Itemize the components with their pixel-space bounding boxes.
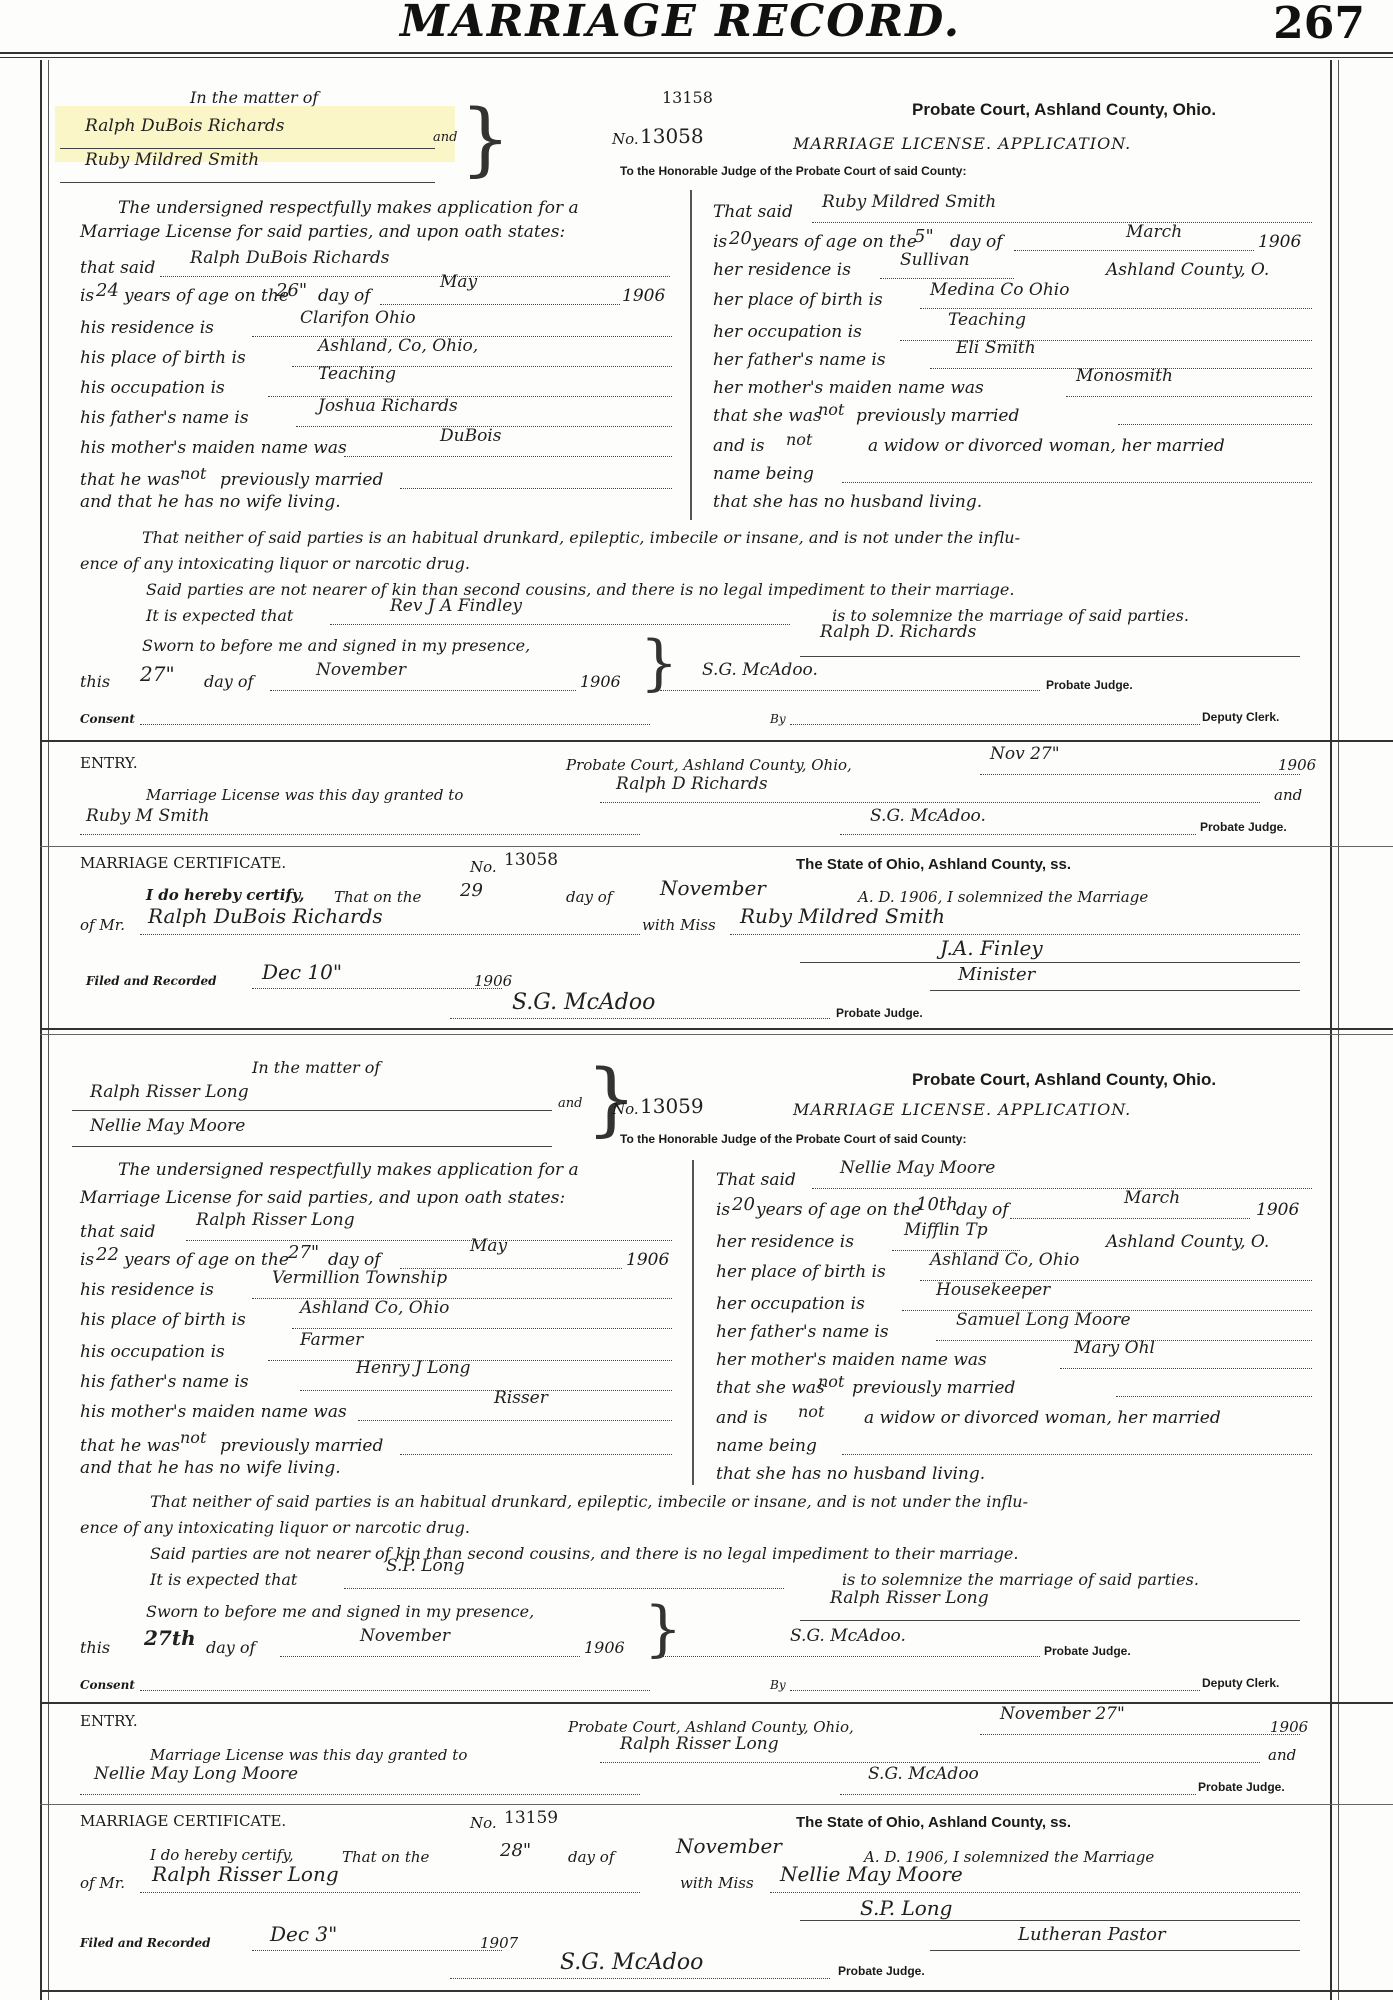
field-label: is	[716, 1200, 730, 1220]
certificate-groom: Ralph DuBois Richards	[148, 904, 383, 928]
field-label: of Mr.	[80, 916, 125, 934]
filed-date: Dec 3"	[270, 1922, 337, 1946]
filed-date: Dec 10"	[262, 960, 342, 984]
frame-border-right	[1330, 60, 1332, 2000]
field-label: with Miss	[680, 1874, 754, 1892]
field-label: that she was	[713, 406, 822, 426]
sworn-year: 1906	[580, 672, 621, 691]
state-heading: The State of Ohio, Ashland County, ss.	[796, 856, 1071, 873]
bride-prev-married: not	[818, 400, 844, 419]
bride-name-field: Nellie May Moore	[840, 1158, 995, 1178]
groom-prev-married: not	[180, 464, 206, 483]
field-label: that he was	[80, 470, 180, 490]
to-judge-text: To the Honorable Judge of the Probate Co…	[620, 164, 966, 178]
field-label: that he was	[80, 1436, 180, 1456]
sworn-month: November	[316, 660, 406, 680]
field-label: his occupation is	[80, 378, 225, 398]
field-line	[330, 624, 790, 625]
field-label: and that he has no wife living.	[80, 492, 341, 512]
field-label: name being	[716, 1436, 817, 1456]
field-label: and is	[716, 1408, 768, 1428]
groom-mother: Risser	[494, 1388, 548, 1408]
certificate-judge-signature: S.G. McAdoo	[512, 990, 655, 1015]
record-divider	[40, 1990, 1393, 1992]
field-label: day of	[206, 1638, 255, 1657]
bride-mother: Mary Ohl	[1074, 1338, 1155, 1358]
field-label: her place of birth is	[713, 290, 883, 310]
certificate-bride: Ruby Mildred Smith	[740, 904, 945, 928]
groom-occupation: Farmer	[300, 1330, 363, 1350]
section-divider	[40, 846, 1393, 847]
field-label: day of	[568, 1848, 614, 1866]
bride-name: Nellie May Moore	[90, 1116, 245, 1136]
field-label: and that he has no wife living.	[80, 1458, 341, 1478]
field-label: previously married	[220, 470, 383, 490]
bride-occupation: Teaching	[948, 310, 1026, 330]
field-line	[344, 1588, 784, 1589]
sworn-day: 27th	[144, 1626, 196, 1650]
field-label: That said	[716, 1170, 796, 1190]
record-divider	[40, 1028, 1393, 1030]
no-label: No.	[612, 130, 639, 148]
entry-bride: Ruby M Smith	[86, 806, 209, 826]
field-label: Consent	[80, 712, 135, 726]
officiant-title: Lutheran Pastor	[1018, 1924, 1166, 1945]
field-label: that said	[80, 1222, 155, 1242]
groom-birthplace: Ashland, Co, Ohio,	[318, 336, 478, 356]
intro-text: Marriage License for said parties, and u…	[80, 222, 565, 242]
column-divider	[692, 1160, 694, 1485]
field-label: that she has no husband living.	[716, 1464, 985, 1484]
field-label: his place of birth is	[80, 348, 246, 368]
groom-mother: DuBois	[440, 426, 501, 446]
field-line	[450, 1978, 830, 1979]
field-label: and	[1268, 1746, 1296, 1764]
certificate-number: 13159	[504, 1808, 558, 1828]
declaration-text: Said parties are not nearer of kin than …	[146, 580, 1014, 599]
field-label: his residence is	[80, 318, 214, 338]
groom-birth-month: May	[470, 1236, 507, 1256]
field-line	[660, 690, 1040, 691]
field-label: her residence is	[716, 1232, 854, 1252]
field-label: his mother's maiden name was	[80, 1402, 347, 1422]
groom-residence: Vermillion Township	[272, 1268, 447, 1288]
field-label: Probate Judge.	[1198, 1780, 1285, 1794]
state-heading: The State of Ohio, Ashland County, ss.	[796, 1814, 1071, 1831]
matter-label: In the matter of	[190, 88, 318, 107]
groom-birth-year: 1906	[626, 1250, 669, 1270]
underline	[60, 182, 435, 183]
sworn-year: 1906	[584, 1638, 625, 1657]
bride-mother: Monosmith	[1076, 366, 1173, 386]
field-label: By	[770, 1678, 786, 1692]
field-label: Deputy Clerk.	[1202, 710, 1279, 724]
field-label: his place of birth is	[80, 1310, 246, 1330]
frame-border-left	[40, 60, 42, 2000]
signature-line	[800, 962, 1300, 963]
bride-birth-month: March	[1124, 1188, 1180, 1208]
signature-line	[800, 656, 1300, 657]
court-heading: Probate Court, Ashland County, Ohio.	[912, 100, 1216, 120]
entry-date: Nov 27"	[990, 744, 1060, 764]
field-label: of Mr.	[80, 1874, 125, 1892]
field-label: Probate Judge.	[838, 1964, 925, 1978]
signature-line	[800, 1620, 1300, 1621]
field-label: Filed and Recorded	[80, 1936, 211, 1950]
header-rule	[0, 52, 1393, 54]
field-label: day of	[566, 888, 612, 906]
record-number: 13058	[640, 124, 704, 148]
field-label: Probate Judge.	[836, 1006, 923, 1020]
section-divider	[40, 740, 1393, 742]
field-label: Deputy Clerk.	[1202, 1676, 1279, 1690]
field-label: years of age on the	[124, 286, 289, 306]
groom-birthplace: Ashland Co, Ohio	[300, 1298, 449, 1318]
field-line	[1014, 250, 1254, 251]
field-label: and is	[713, 436, 765, 456]
entry-judge-signature: S.G. McAdoo.	[870, 806, 986, 826]
record-divider	[40, 1034, 1393, 1035]
field-line	[400, 1454, 672, 1455]
field-label: No.	[470, 1814, 497, 1832]
frame-border-left-inner	[48, 60, 49, 2000]
field-label: previously married	[852, 1378, 1015, 1398]
bride-birthplace: Ashland Co, Ohio	[930, 1250, 1079, 1270]
field-label: his residence is	[80, 1280, 214, 1300]
bride-age: 20	[729, 228, 752, 249]
certificate-day: 29	[460, 880, 483, 901]
field-label: a widow or divorced woman, her married	[864, 1408, 1221, 1428]
field-label: Probate Court, Ashland County, Ohio,	[566, 756, 852, 774]
application-heading: MARRIAGE LICENSE. APPLICATION.	[793, 134, 1131, 153]
field-label: Marriage License was this day granted to	[146, 786, 463, 804]
matter-label: In the matter of	[252, 1058, 380, 1077]
field-line	[812, 222, 1312, 223]
field-line	[790, 724, 1200, 725]
intro-text: Marriage License for said parties, and u…	[80, 1188, 565, 1208]
entry-judge-signature: S.G. McAdoo	[868, 1764, 979, 1784]
officiant-name: Rev J A Findley	[390, 596, 522, 616]
marriage-record-page: MARRIAGE RECORD. 267 In the matter of Ra…	[0, 0, 1393, 2000]
field-label: day of	[956, 1200, 1009, 1220]
field-label: her residence is	[713, 260, 851, 280]
declaration-text: ence of any intoxicating liquor or narco…	[80, 1518, 470, 1537]
certificate-label: MARRIAGE CERTIFICATE.	[80, 1812, 286, 1830]
groom-birth-month: May	[440, 272, 477, 292]
field-label: is	[80, 1250, 94, 1270]
officiant-signature: J.A. Finley	[940, 936, 1043, 960]
groom-prev-married: not	[180, 1428, 206, 1447]
field-label: Consent	[80, 1678, 135, 1692]
groom-birth-day: 26"	[276, 280, 307, 301]
signature-line	[930, 990, 1300, 991]
field-label: her occupation is	[716, 1294, 865, 1314]
field-line	[842, 1454, 1312, 1455]
bride-name: Ruby Mildred Smith	[85, 150, 259, 170]
groom-age: 24	[96, 280, 119, 301]
field-label: No.	[470, 858, 497, 876]
field-line	[600, 802, 1260, 803]
field-line	[1118, 424, 1312, 425]
brace: }	[640, 628, 678, 698]
entry-date: November 27"	[1000, 1704, 1125, 1724]
filed-year: 1906	[474, 972, 512, 990]
field-line	[790, 1690, 1200, 1691]
applicant-signature: Ralph D. Richards	[820, 622, 976, 642]
groom-father: Henry J Long	[356, 1358, 471, 1378]
section-divider	[40, 1804, 1393, 1805]
field-label: her mother's maiden name was	[716, 1350, 987, 1370]
field-line	[140, 1892, 640, 1893]
field-label: Probate Judge.	[1046, 678, 1133, 692]
field-line	[270, 690, 576, 691]
entry-label: ENTRY.	[80, 1712, 138, 1730]
field-label: Sworn to before me and signed in my pres…	[146, 1602, 534, 1621]
field-line	[450, 1018, 830, 1019]
field-label: that said	[80, 258, 155, 278]
declaration-text: That neither of said parties is an habit…	[142, 528, 1020, 547]
field-line	[980, 1734, 1300, 1735]
groom-birth-year: 1906	[622, 286, 665, 306]
bride-widow: not	[786, 430, 812, 449]
bride-prev-married: not	[818, 1372, 844, 1391]
field-line	[344, 456, 672, 457]
and-label: and	[433, 130, 457, 145]
underline	[72, 1146, 552, 1147]
underline	[60, 148, 435, 149]
certificate-judge-signature: S.G. McAdoo	[560, 1950, 703, 1975]
field-label: this	[80, 672, 110, 691]
bride-birth-day: 10th	[916, 1194, 958, 1215]
field-line	[252, 1950, 502, 1951]
field-line	[1060, 1368, 1312, 1369]
field-line	[1066, 396, 1312, 397]
signature-line	[930, 1950, 1300, 1951]
field-label: Marriage License was this day granted to	[150, 1746, 467, 1764]
groom-name: Ralph DuBois Richards	[85, 116, 284, 136]
entry-groom: Ralph Risser Long	[620, 1734, 779, 1754]
field-line	[140, 724, 650, 725]
field-label: By	[770, 712, 786, 726]
field-label: previously married	[220, 1436, 383, 1456]
judge-signature: S.G. McAdoo.	[790, 1626, 906, 1646]
underline	[72, 1110, 552, 1111]
bride-father: Eli Smith	[956, 338, 1036, 358]
field-label: years of age on the	[756, 1200, 921, 1220]
certificate-day: 28"	[500, 1840, 531, 1861]
field-line	[160, 276, 670, 277]
certificate-month: November	[660, 876, 766, 900]
groom-residence: Clarifon Ohio	[300, 308, 416, 328]
field-line	[252, 988, 502, 989]
field-line	[840, 1794, 1196, 1795]
sworn-month: November	[360, 1626, 450, 1646]
field-label: is	[713, 232, 727, 252]
field-line	[400, 488, 672, 489]
column-divider	[690, 190, 692, 520]
groom-name-field: Ralph Risser Long	[196, 1210, 355, 1230]
field-line	[1116, 1396, 1312, 1397]
field-label: It is expected that	[146, 606, 293, 625]
field-label: her occupation is	[713, 322, 862, 342]
record-number-alt: 13158	[662, 88, 713, 107]
field-line	[186, 1240, 672, 1241]
field-line	[380, 304, 620, 305]
field-line	[880, 278, 1014, 279]
and-label: and	[558, 1096, 582, 1111]
entry-bride: Nellie May Long Moore	[94, 1764, 298, 1784]
field-label: years of age on the	[124, 1250, 289, 1270]
record-number: 13059	[640, 1094, 704, 1118]
no-label: No.	[612, 1100, 639, 1118]
field-line	[812, 1188, 1312, 1189]
entry-year: 1906	[1270, 1718, 1308, 1736]
field-label: That on the	[342, 1848, 429, 1866]
field-label: Sworn to before me and signed in my pres…	[142, 636, 530, 655]
groom-age: 22	[96, 1244, 119, 1265]
field-label: day of	[950, 232, 1003, 252]
field-label: his mother's maiden name was	[80, 438, 347, 458]
groom-name: Ralph Risser Long	[90, 1082, 249, 1102]
field-label: her father's name is	[713, 350, 886, 370]
bride-birth-year: 1906	[1256, 1200, 1299, 1220]
field-label: her father's name is	[716, 1322, 889, 1342]
field-line	[280, 1656, 580, 1657]
field-line	[660, 1656, 1040, 1657]
field-line	[140, 934, 640, 935]
field-label: this	[80, 1638, 110, 1657]
field-label: with Miss	[642, 916, 716, 934]
field-label: and	[1274, 786, 1302, 804]
field-line	[840, 834, 1196, 835]
field-label: is to solemnize the marriage of said par…	[842, 1570, 1199, 1589]
brace: }	[644, 1594, 682, 1664]
declaration-text: Said parties are not nearer of kin than …	[150, 1544, 1018, 1563]
field-line	[292, 1328, 672, 1329]
officiant-title: Minister	[958, 964, 1035, 985]
field-label: his father's name is	[80, 408, 249, 428]
field-label: day of	[328, 1250, 381, 1270]
to-judge-text: To the Honorable Judge of the Probate Co…	[620, 1132, 966, 1146]
declaration-text: That neither of said parties is an habit…	[150, 1492, 1028, 1511]
field-line	[80, 834, 640, 835]
bride-father: Samuel Long Moore	[956, 1310, 1131, 1330]
page-number: 267	[1273, 0, 1365, 49]
groom-birth-day: 27"	[288, 1242, 319, 1263]
field-label: Probate Judge.	[1200, 820, 1287, 834]
bride-age: 20	[732, 1194, 755, 1215]
frame-border-right-inner	[1338, 60, 1339, 2000]
field-label: day of	[204, 672, 253, 691]
field-label: day of	[318, 286, 371, 306]
field-label: Probate Judge.	[1044, 1644, 1131, 1658]
bride-birth-month: March	[1126, 222, 1182, 242]
field-line	[980, 774, 1300, 775]
page-title: MARRIAGE RECORD.	[400, 0, 961, 47]
sworn-day: 27"	[140, 662, 175, 686]
section-divider	[40, 1702, 1393, 1704]
certificate-month: November	[676, 1834, 782, 1858]
field-line	[1010, 1218, 1250, 1219]
field-line	[600, 1762, 1260, 1763]
judge-signature: S.G. McAdoo.	[702, 660, 818, 680]
field-label: his father's name is	[80, 1372, 249, 1392]
field-label: Filed and Recorded	[86, 974, 217, 988]
bride-widow: not	[798, 1402, 824, 1421]
entry-label: ENTRY.	[80, 754, 138, 772]
application-heading: MARRIAGE LICENSE. APPLICATION.	[793, 1100, 1131, 1119]
entry-year: 1906	[1278, 756, 1316, 774]
field-label: That said	[713, 202, 793, 222]
entry-groom: Ralph D Richards	[616, 774, 768, 794]
certificate-label: MARRIAGE CERTIFICATE.	[80, 854, 286, 872]
county-label: Ashland County, O.	[1106, 1232, 1269, 1252]
field-line	[920, 308, 1312, 309]
field-label: a widow or divorced woman, her married	[868, 436, 1225, 456]
groom-occupation: Teaching	[318, 364, 396, 384]
certificate-bride: Nellie May Moore	[780, 1862, 963, 1886]
bride-birthplace: Medina Co Ohio	[930, 280, 1069, 300]
certificate-number: 13058	[504, 850, 558, 870]
intro-text: The undersigned respectfully makes appli…	[118, 198, 579, 218]
brace: }	[460, 92, 511, 185]
field-label: previously married	[856, 406, 1019, 426]
field-line	[842, 482, 1312, 483]
field-label: his occupation is	[80, 1342, 225, 1362]
field-line	[300, 1390, 672, 1391]
field-label: that she was	[716, 1378, 825, 1398]
filed-year: 1907	[480, 1934, 518, 1952]
field-label: that she has no husband living.	[713, 492, 982, 512]
officiant-signature: S.P. Long	[860, 1896, 952, 1920]
field-label: It is expected that	[150, 1570, 297, 1589]
bride-name-field: Ruby Mildred Smith	[822, 192, 996, 212]
bride-residence: Sullivan	[900, 250, 970, 270]
field-line	[358, 1420, 672, 1421]
field-label: her place of birth is	[716, 1262, 886, 1282]
bride-residence: Mifflin Tp	[904, 1220, 988, 1240]
bride-occupation: Housekeeper	[936, 1280, 1050, 1300]
field-line	[140, 1690, 650, 1691]
intro-text: The undersigned respectfully makes appli…	[118, 1160, 579, 1180]
officiant-name: S.P. Long	[386, 1556, 465, 1576]
county-label: Ashland County, O.	[1106, 260, 1269, 280]
groom-father: Joshua Richards	[318, 396, 458, 416]
groom-name-field: Ralph DuBois Richards	[190, 248, 389, 268]
field-label: her mother's maiden name was	[713, 378, 984, 398]
bride-birth-day: 5"	[914, 226, 934, 247]
signature-line	[800, 1920, 1300, 1921]
field-label: years of age on the	[752, 232, 917, 252]
field-line	[80, 1794, 640, 1795]
field-label: is	[80, 286, 94, 306]
field-label: I do hereby certify,	[146, 886, 304, 904]
field-line	[730, 934, 1300, 935]
bride-birth-year: 1906	[1258, 232, 1301, 252]
applicant-signature: Ralph Risser Long	[830, 1588, 989, 1608]
field-label: name being	[713, 464, 814, 484]
court-heading: Probate Court, Ashland County, Ohio.	[912, 1070, 1216, 1090]
certificate-groom: Ralph Risser Long	[152, 1862, 339, 1886]
header-rule	[0, 57, 1393, 58]
declaration-text: ence of any intoxicating liquor or narco…	[80, 554, 470, 573]
field-line	[770, 1892, 1300, 1893]
